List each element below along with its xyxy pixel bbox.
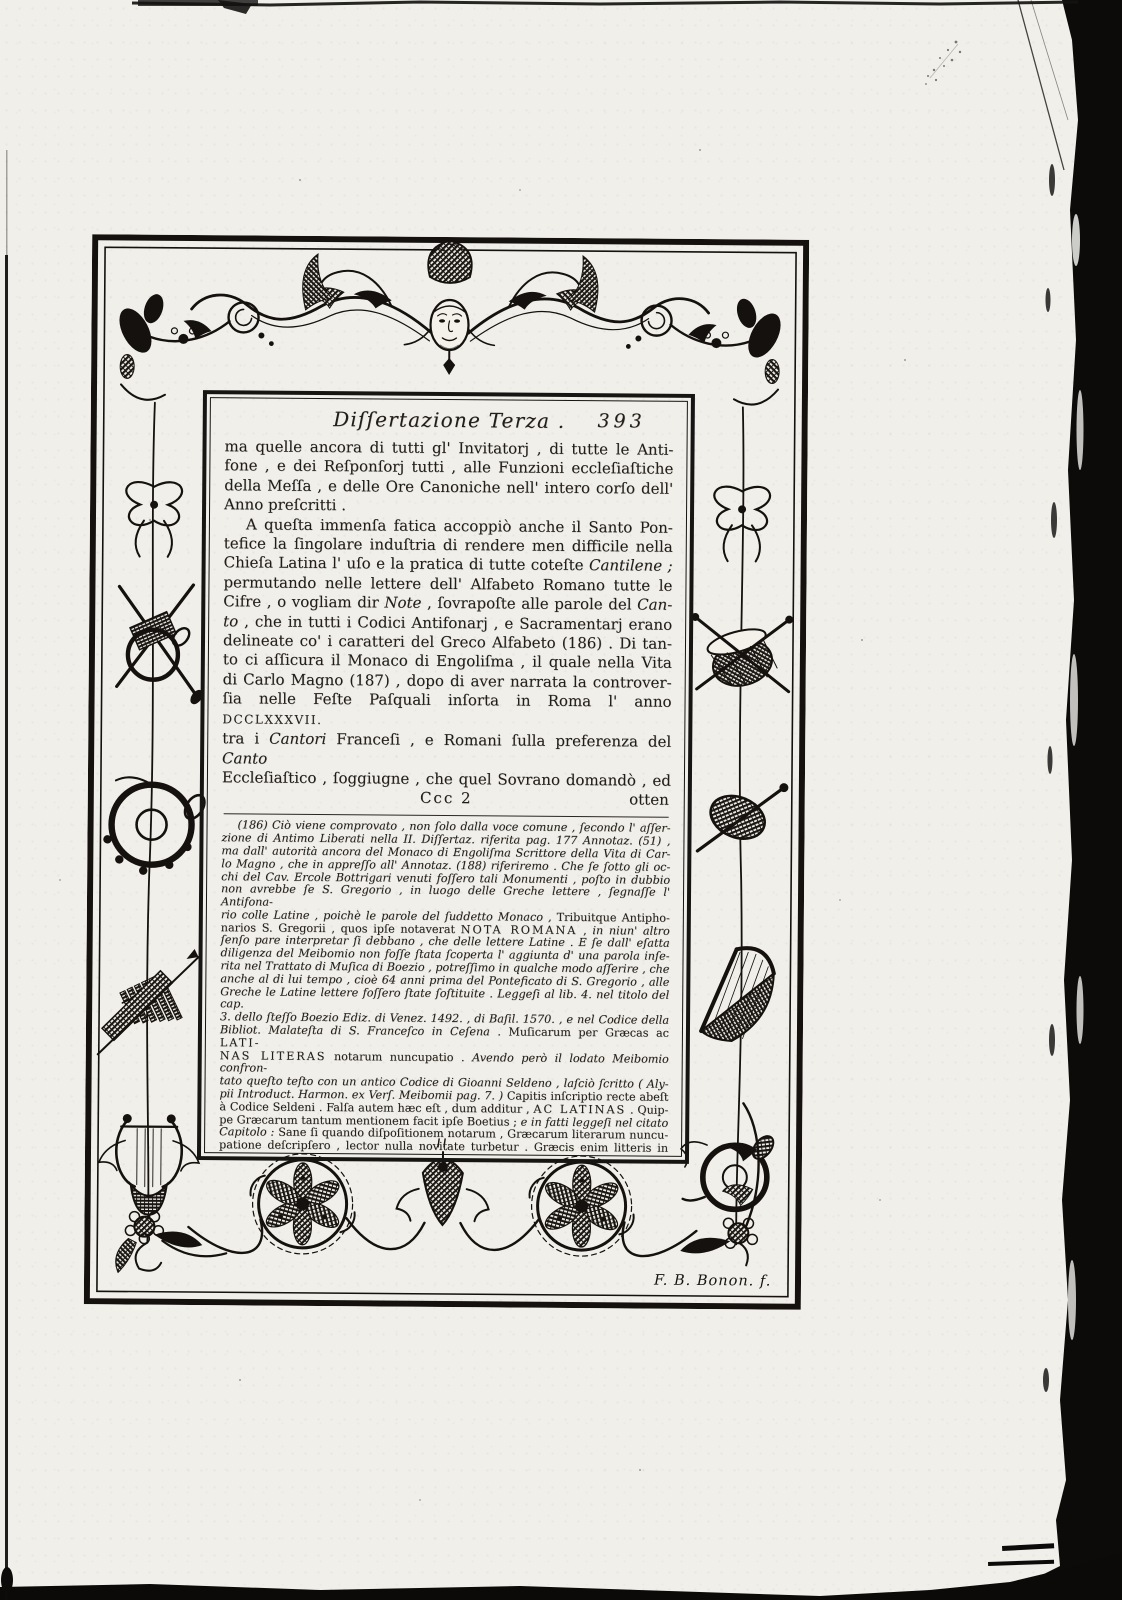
natural-horn xyxy=(103,777,209,875)
french-horn xyxy=(681,1132,778,1210)
catchword-row: Ccc 2 otten xyxy=(222,788,671,812)
left-instrument-trophy xyxy=(96,402,211,1271)
text-segment: Greche le Latine lettere foſſero ſtate ſ… xyxy=(220,985,669,1011)
text-line: ſia nelle Feſte Paſquali inſorta in Roma… xyxy=(222,690,671,733)
engraver-signature: F. B. Bonon. f. xyxy=(653,1273,771,1290)
text-segment: di Carlo Magno (187) , dopo di aver narr… xyxy=(223,670,672,692)
text-segment: Franceſi , e Romani ſulla preferenza del xyxy=(326,730,671,751)
mask-face-ornament xyxy=(404,241,495,376)
text-frame: Diſſertazione Terza . 393 ma quelle anco… xyxy=(197,390,695,1164)
footnote-block: (186) Ciò viene comprovato , non ſolo da… xyxy=(218,820,671,1157)
text-segment: NOTA ROMANA xyxy=(461,923,578,937)
text-segment: Note xyxy=(384,594,421,612)
text-segment: Cantori xyxy=(269,730,326,748)
text-segment: , ſovrapoſte alle parole del xyxy=(421,594,637,614)
catchword: otten xyxy=(629,791,669,811)
headpiece-ornament xyxy=(112,238,788,404)
right-binding-shadow xyxy=(988,0,1122,1600)
footnote-rule xyxy=(224,814,669,818)
text-segment: Eccleſiaſtico , ſoggiugne , che quel Sov… xyxy=(222,768,671,790)
scanned-page: F. B. Bonon. f. Diſſertazione Terza . 39… xyxy=(0,0,1122,1600)
main-text-block: ma quelle ancora di tutti gl' Invitatorj… xyxy=(222,437,674,791)
bottom-page-edge xyxy=(0,1552,1122,1600)
text-segment: Tribuitque Antipho- xyxy=(557,911,670,925)
text-segment: to ci aſſicura il Monaco di Engoliſma , … xyxy=(223,651,672,673)
text-segment: Cantilene ; xyxy=(589,557,673,576)
text-segment: Chieſa Latina l' uſo e la pratica di tut… xyxy=(224,554,590,575)
text-segment: in niun' altro xyxy=(592,924,669,938)
hunting-horn-trophy xyxy=(117,584,207,706)
top-page-edge xyxy=(132,0,1078,14)
page-number: 393 xyxy=(597,410,645,432)
pencil-scribble-mark xyxy=(925,41,961,85)
text-segment: Bibliot. Malateſta di S. Franceſco in Ce… xyxy=(220,1023,509,1038)
text-segment: . Quip- xyxy=(626,1103,668,1116)
left-page-edge xyxy=(1,150,13,1600)
text-segment: notarum nuncupatio . xyxy=(326,1050,472,1064)
text-segment: , che in tutti i Codici Antifonarj , e S… xyxy=(238,612,672,633)
text-segment: Can- xyxy=(637,596,672,614)
text-segment: della Meſſa , e delle Ore Canoniche nell… xyxy=(224,476,673,498)
text-line: tra i Cantori Franceſi , e Romani ſulla … xyxy=(222,729,671,771)
text-segment: Capitolo : xyxy=(219,1126,278,1139)
text-segment: permutando nelle lettere dell' Alfabeto … xyxy=(223,573,672,595)
text-segment: tra i xyxy=(222,729,269,747)
text-segment: AC LATINAS xyxy=(533,1103,626,1117)
text-segment: DCCLXXXVII. xyxy=(222,712,322,727)
text-segment: NAS LITERAS xyxy=(220,1049,327,1063)
gathering-signature: Ccc 2 xyxy=(222,788,671,811)
right-instrument-trophy xyxy=(680,407,795,1266)
text-segment: , xyxy=(577,924,592,937)
text-segment: tefice la ſingolare induſtria di rendere… xyxy=(224,534,673,556)
text-segment: Anno preſcritti . xyxy=(224,495,346,514)
text-segment: Muſicarum per Græcas ac xyxy=(508,1026,669,1040)
engraved-plate: F. B. Bonon. f. Diſſertazione Terza . 39… xyxy=(84,234,809,1310)
page-title: Diſſertazione Terza . xyxy=(333,407,565,433)
text-segment: Canto xyxy=(222,749,267,767)
text-segment: ſia nelle Feſte Paſquali inſorta in Roma… xyxy=(222,690,671,712)
text-segment: to xyxy=(223,612,238,630)
text-segment: ma quelle ancora di tutti gl' Invitatorj… xyxy=(224,437,673,459)
text-segment: non avrebbe ſe S. Gregorio , in luogo de… xyxy=(221,883,670,909)
text-block: Diſſertazione Terza . 393 ma quelle anco… xyxy=(204,397,688,1157)
text-segment: LATI- xyxy=(220,1036,261,1049)
running-head: Diſſertazione Terza . 393 xyxy=(225,406,674,436)
tambourine xyxy=(697,782,788,851)
text-segment: fone , e dei Reſponſorj tutti , alle Fun… xyxy=(224,457,673,479)
text-segment: A queſta immenſa fatica accoppiò anche i… xyxy=(246,515,673,536)
text-segment: delineate co' i caratteri del Greco Alfa… xyxy=(223,631,672,653)
text-segment: Cifre , o vogliam dir xyxy=(223,592,384,611)
